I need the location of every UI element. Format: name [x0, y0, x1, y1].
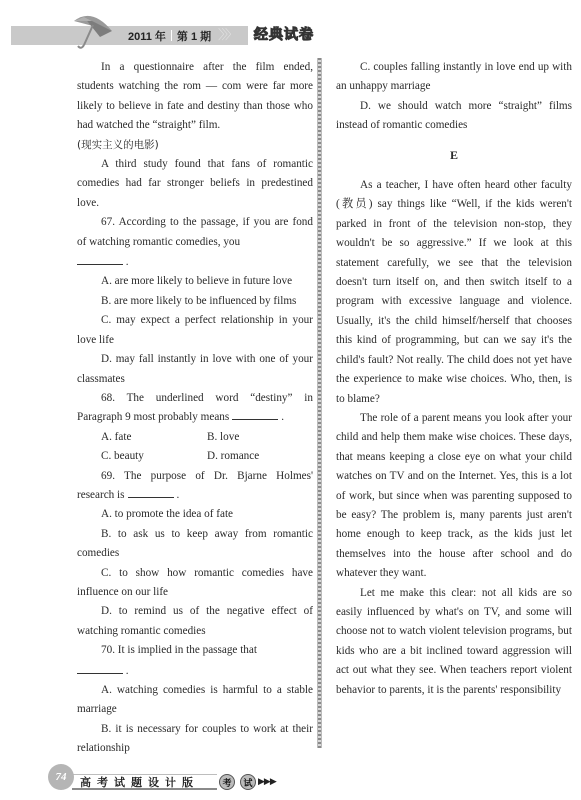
answer-blank	[232, 409, 278, 420]
paragraph: A third study found that fans of romanti…	[77, 155, 313, 213]
option-d: D. to remind us of the negative effect o…	[77, 602, 313, 641]
option-d: D. may fall instantly in love with one o…	[77, 350, 313, 389]
answer-blank	[77, 661, 123, 674]
left-column: In a questionnaire after the film ended,…	[77, 58, 313, 759]
option-d: D. we should watch more “straight” films…	[336, 97, 572, 136]
right-column: C. couples falling instantly in love end…	[336, 58, 572, 700]
answer-blank	[77, 252, 123, 265]
option-a: A. watching comedies is harmful to a sta…	[77, 681, 313, 720]
issue-label: 2011 年 第 1 期	[128, 27, 211, 44]
chevron-right-icon: 〉〉〉	[218, 27, 235, 44]
section-heading: E	[336, 146, 572, 165]
test-badge-icon: 试	[240, 774, 256, 790]
question-67-blank: .	[77, 252, 313, 272]
issue-separator	[171, 30, 172, 41]
answer-blank	[128, 487, 174, 498]
option-a: A. are more likely to believe in future …	[77, 272, 313, 291]
options-row: C. beauty D. romance	[77, 447, 313, 466]
paragraph: Let me make this clear: not all kids are…	[336, 584, 572, 700]
umbrella-icon	[70, 11, 116, 51]
option-a: A. to promote the idea of fate	[77, 505, 313, 524]
paragraph: The role of a parent means you look afte…	[336, 409, 572, 584]
option-b: B. are more likely to be influenced by f…	[77, 292, 313, 311]
option-a: A. fate	[101, 428, 207, 447]
footer-title: 高考试题设计版	[72, 774, 217, 790]
question-67-stem: 67. According to the passage, if you are…	[77, 213, 313, 252]
page-header: 2011 年 第 1 期 〉〉〉 经典试卷	[0, 0, 581, 60]
issue-year: 2011 年	[128, 28, 166, 44]
option-b: B. love	[207, 428, 313, 447]
exam-badge-icon: 考	[219, 774, 235, 790]
question-70-blank: .	[77, 661, 313, 681]
paragraph: In a questionnaire after the film ended,…	[77, 58, 313, 136]
option-b: B. to ask us to keep away from romantic …	[77, 525, 313, 564]
option-c: C. to show how romantic comedies have in…	[77, 564, 313, 603]
question-70-stem: 70. It is implied in the passage that	[77, 641, 313, 660]
option-c: C. beauty	[101, 447, 207, 466]
option-b: B. it is necessary for couples to work a…	[77, 720, 313, 759]
question-69-stem: 69. The purpose of Dr. Bjarne Holmes' re…	[77, 467, 313, 506]
page-footer: 高考试题设计版 74 考 试 ▶▶▶	[0, 755, 300, 800]
section-title: 经典试卷	[254, 26, 314, 44]
option-c: C. couples falling instantly in love end…	[336, 58, 572, 97]
options-row: A. fate B. love	[77, 428, 313, 447]
question-68-stem: 68. The underlined word “destiny” in Par…	[77, 389, 313, 428]
option-c: C. may expect a perfect relationship in …	[77, 311, 313, 350]
issue-number: 第 1 期	[177, 28, 211, 44]
paragraph-note: (现实主义的电影)	[77, 136, 313, 155]
page-number: 74	[48, 764, 74, 790]
paragraph: As a teacher, I have often heard other f…	[336, 176, 572, 409]
option-d: D. romance	[207, 447, 313, 466]
arrow-right-icon: ▶▶▶	[258, 774, 276, 790]
column-divider	[317, 58, 322, 748]
